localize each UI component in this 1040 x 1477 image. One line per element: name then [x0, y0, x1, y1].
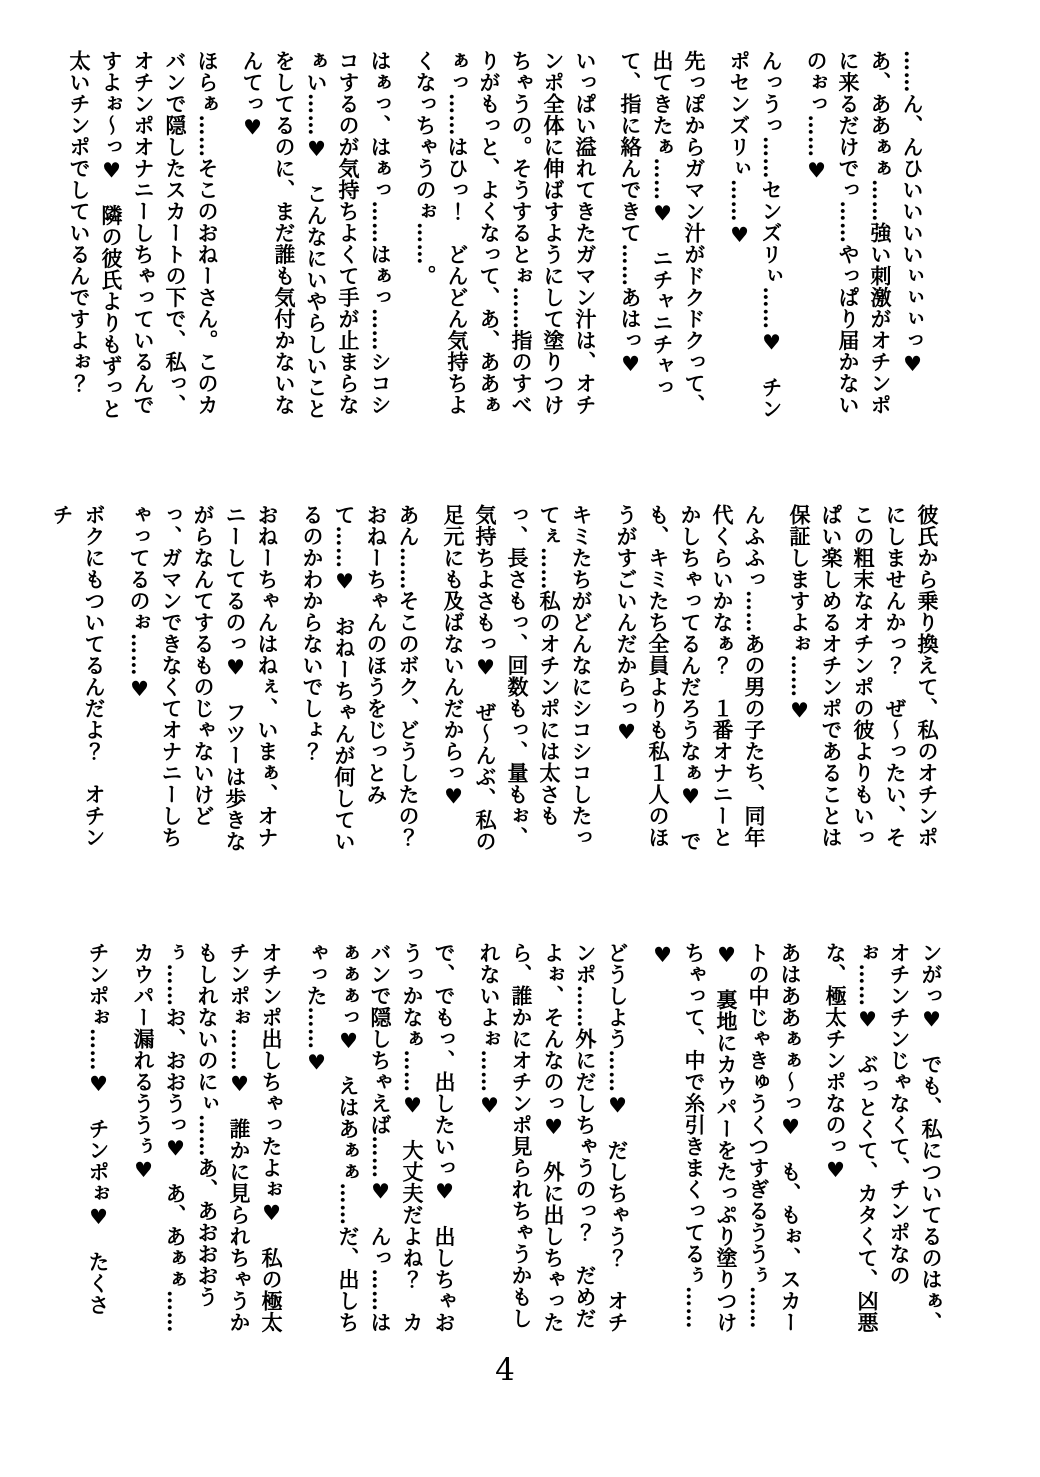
paragraph: ……ん、んひいいいいぃぃぃっ♥ あ、ああぁぁ……強い刺激がオチンポに来るだけでっ…: [800, 50, 928, 430]
paragraph: チンポぉ……♥ チンポぉ♥ たくさ: [82, 942, 114, 1346]
paragraph: キミたちがどんなにシコシコしたってぇ……私のオチンポには太さもっ、長さもっ、回数…: [437, 504, 597, 868]
paragraph: 先っぽからガマン汁がドクドクって、出てきたぁ……♥ ニチャニチャって、指に絡んで…: [614, 50, 710, 430]
paragraph: んっうっ……センズリぃ……♥ チンポセンズリぃ……♥: [723, 50, 787, 430]
page-number: 4: [0, 1352, 1010, 1388]
paragraph: あはああぁぁ～っ♥ も、もぉ、スカートの中じゃきゅうくつすぎるううぅ……♥ 裏地…: [646, 942, 806, 1346]
paragraph: んふふっ……あの男の子たち、同年代くらいかなぁ？ １番オナニーとかしちゃってるん…: [610, 504, 770, 868]
text-band-middle: 彼氏から乗り換えて、私のオチンポにしませんかっ？ ぜ～ったい、そこの粗末なオチン…: [46, 504, 943, 868]
paragraph: はぁっ、はぁっ……はぁっ……シコシコするのが気持ちよくて手が止まらなぁい……♥ …: [236, 50, 396, 430]
paragraph: おねーちゃんはねぇ、いまぁ、オナニーしてるのっ♥ フツーは歩きながらなんてするも…: [123, 504, 283, 868]
paragraph: 彼氏から乗り換えて、私のオチンポにしませんかっ？ ぜ～ったい、そこの粗末なオチン…: [783, 504, 943, 868]
paragraph: ボクにもついてるんだよ？ オチンチ: [46, 504, 110, 868]
text-band-top: ……ん、んひいいいいぃぃぃっ♥ あ、ああぁぁ……強い刺激がオチンポに来るだけでっ…: [63, 50, 928, 430]
paragraph: ンがっ♥ でも、私についてるのはぁ、オチンチンじゃなくて、チンポなのぉ……♥ ぶ…: [819, 942, 947, 1346]
text-band-bottom: ンがっ♥ でも、私についてるのはぁ、オチンチンじゃなくて、チンポなのぉ……♥ ぶ…: [82, 942, 947, 1346]
paragraph: どうしよう……♥ だしちゃう？ オチンポ……外にだしちゃうのっ？ だめだよぉ、そ…: [473, 942, 633, 1346]
paragraph: で、でもっ、出したいっ♥ 出しちゃおうっかなぁ……♥ 大丈夫だよね？ カバンで隠…: [300, 942, 460, 1346]
paragraph: ほらぁ……そこのおねーさん。このカバンで隠したスカートの下で、私っ、オチンポオナ…: [63, 50, 223, 430]
paragraph: オチンポ出しちゃったよぉ♥ 私の極太チンポぉ……♥ 誰かに見られちゃうかもしれな…: [127, 942, 287, 1346]
paragraph: いっぱい溢れてきたガマン汁は、オチンポ全体に伸ばすようにして塗りつけちゃうの。そ…: [409, 50, 601, 430]
paragraph: あん……そこのボク、どうしたの？ おねーちゃんのほうをじっとみて……♥ おねーち…: [296, 504, 424, 868]
